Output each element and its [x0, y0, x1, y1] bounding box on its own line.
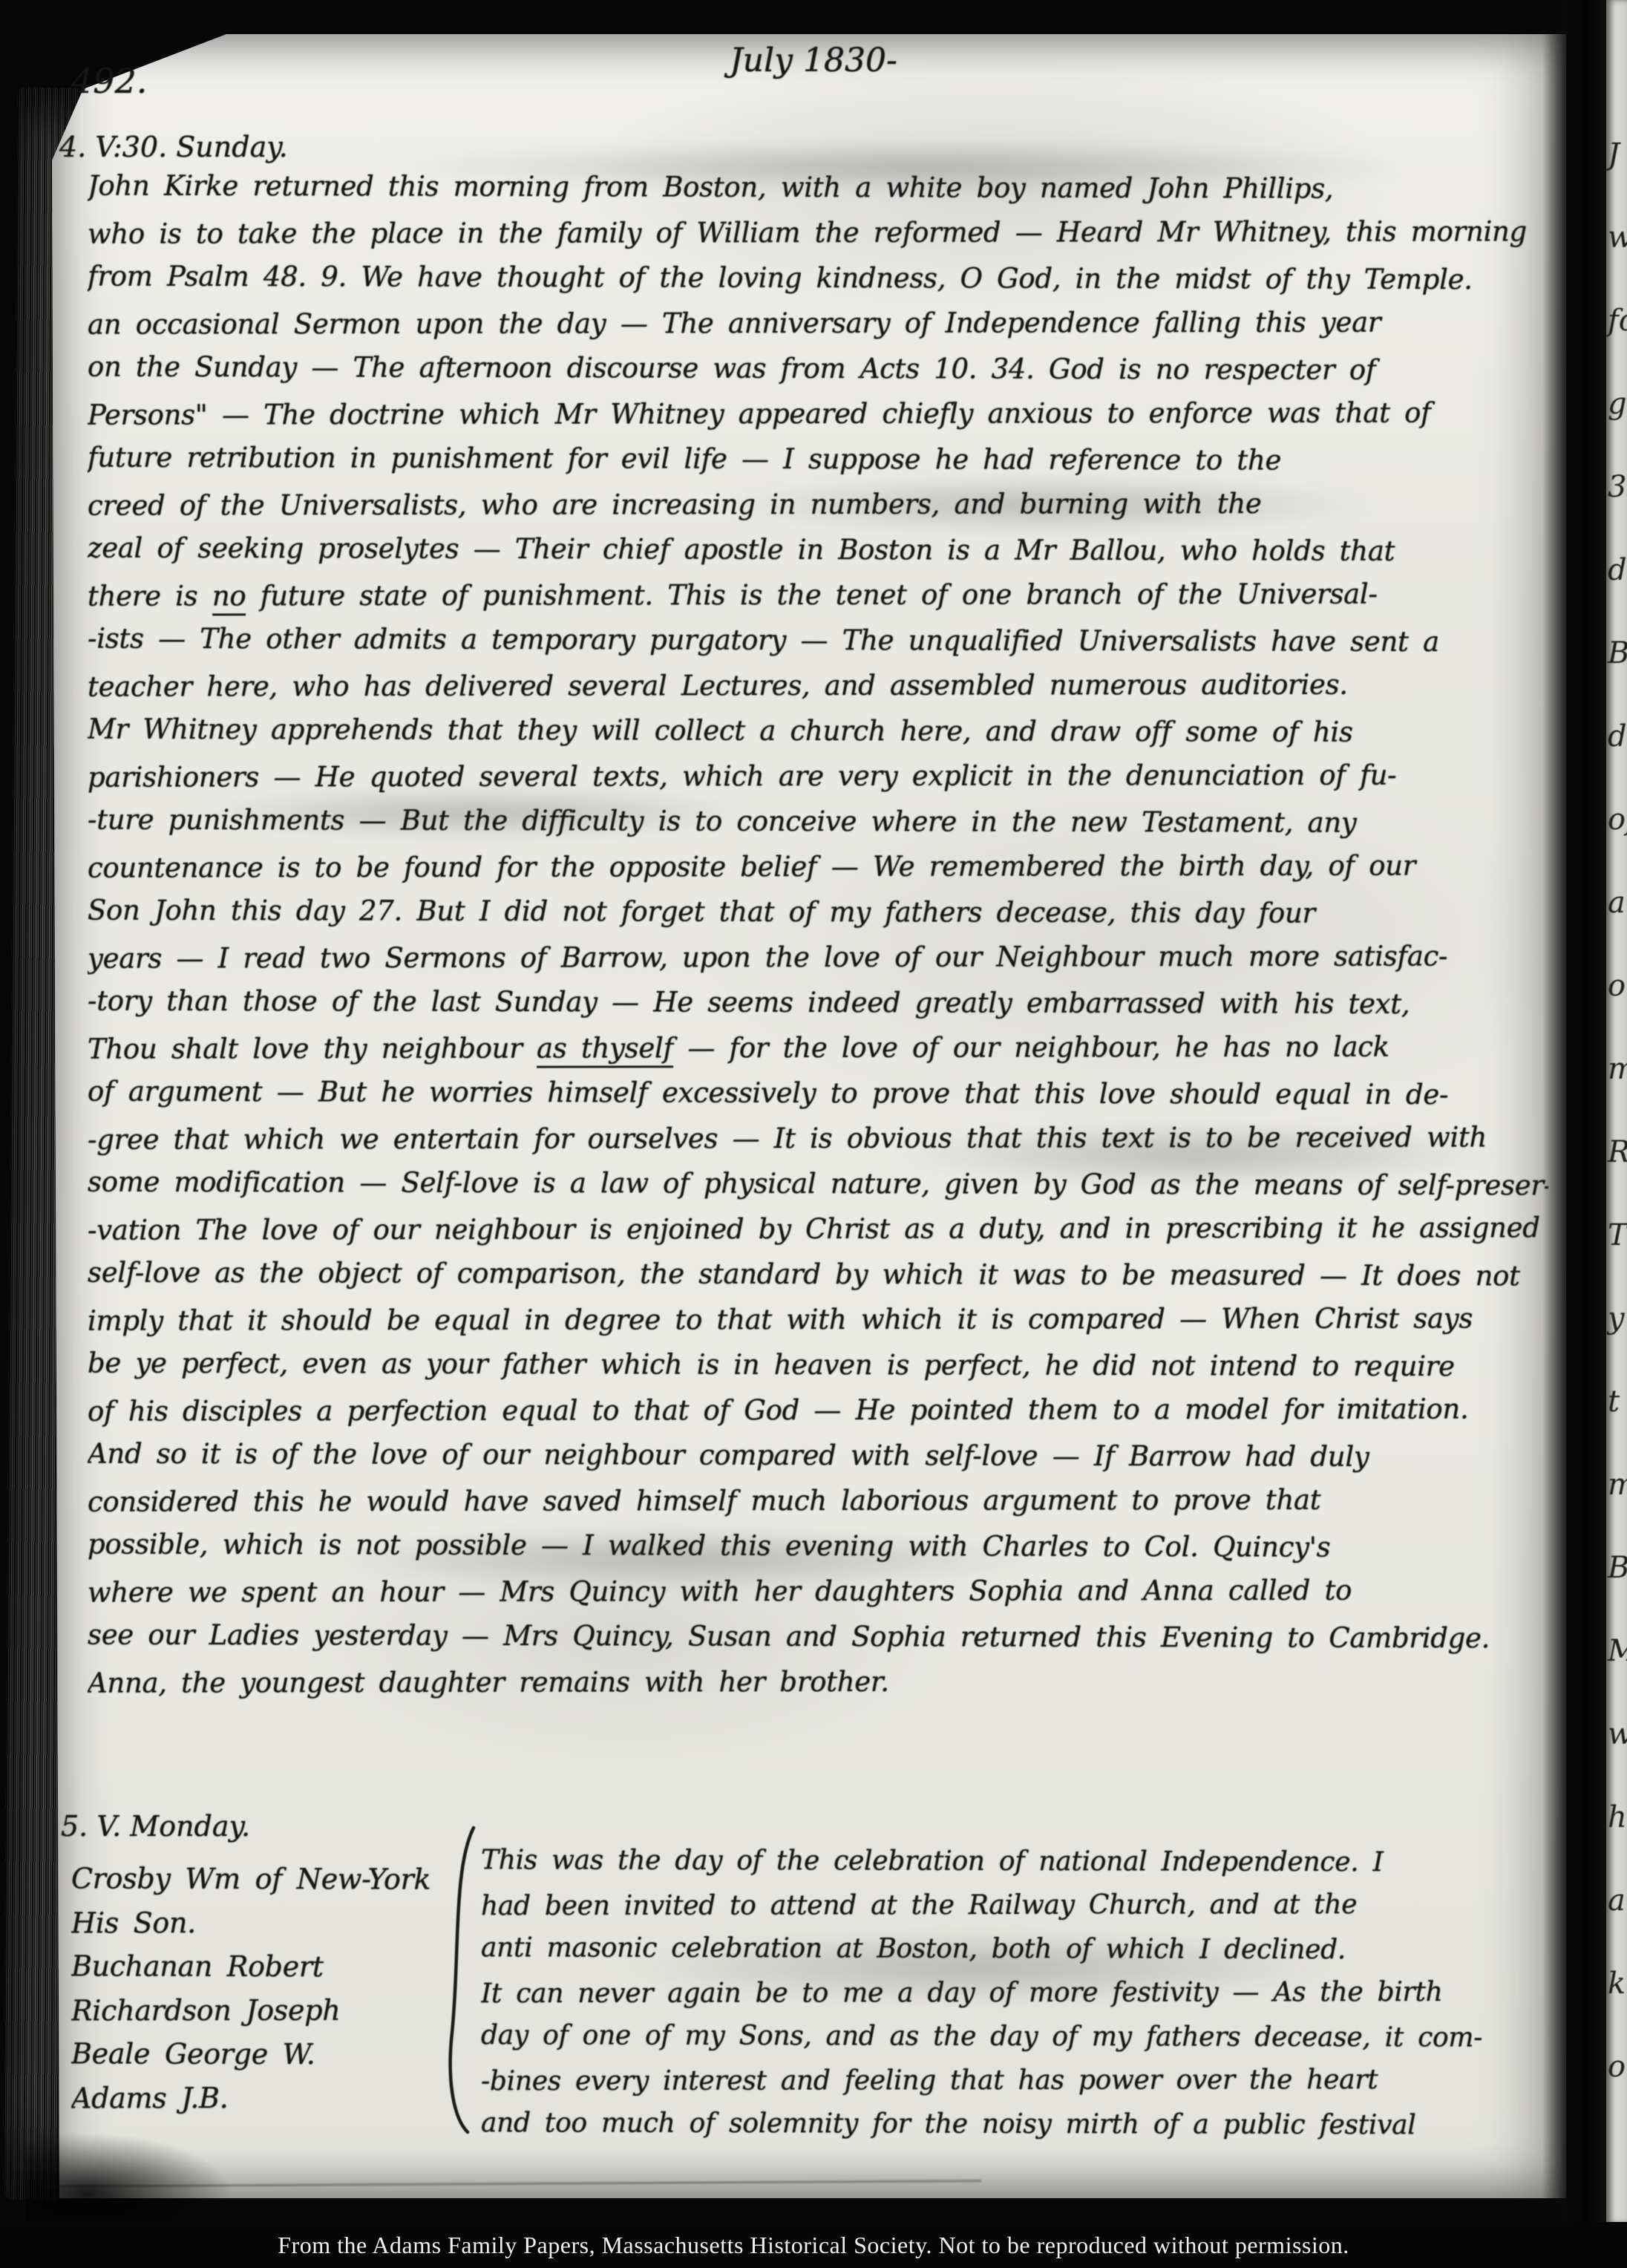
- manuscript-line: an occasional Sermon upon the day — The …: [88, 299, 1548, 347]
- manuscript-line: creed of the Universalists, who are incr…: [88, 480, 1548, 528]
- book-gutter: [1542, 0, 1608, 2223]
- facing-page-fragment: fo: [1608, 304, 1627, 338]
- manuscript-line: zeal of seeking proselytes — Their chief…: [88, 526, 1548, 575]
- facing-page-fragment: a: [1608, 1883, 1626, 1918]
- binding-shadow: [25, 2132, 233, 2221]
- manuscript-line: some modification — Self-love is a law o…: [88, 1160, 1548, 1209]
- manuscript-line: self-love as the object of comparison, t…: [88, 1250, 1548, 1299]
- manuscript-line: countenance is to be found for the oppos…: [88, 843, 1548, 890]
- entry-heading-monday: 5. V. Monday.: [61, 1810, 250, 1843]
- manuscript-line: Anna, the youngest daughter remains with…: [88, 1658, 1548, 1705]
- facing-page-fragment: w: [1608, 1717, 1627, 1751]
- facing-page-fragment: m: [1608, 1052, 1627, 1086]
- manuscript-line: Mr Whitney apprehends that they will col…: [88, 707, 1548, 756]
- manuscript-line: -gree that which we entertain for oursel…: [88, 1114, 1548, 1162]
- manuscript-line: considered this he would have saved hims…: [88, 1477, 1548, 1524]
- manuscript-line: And so it is of the love of our neighbou…: [88, 1431, 1548, 1480]
- manuscript-line: Adams J.B.: [71, 2076, 457, 2121]
- sunday-lines: John Kirke returned this morning from Bo…: [88, 165, 1548, 1705]
- manuscript-line: Thou shalt love thy neighbour as thyself…: [88, 1024, 1548, 1071]
- manuscript-line: Beale George W.: [71, 2032, 457, 2076]
- manuscript-line: Buchanan Robert: [71, 1944, 457, 1989]
- facing-page-fragment: Ri: [1608, 1135, 1627, 1169]
- manuscript-line: Persons" — The doctrine which Mr Whitney…: [88, 390, 1548, 437]
- manuscript-line: possible, which is not possible — I walk…: [88, 1522, 1548, 1571]
- manuscript-line: Richardson Joseph: [71, 1989, 457, 2033]
- facing-page-fragment: hi: [1608, 1800, 1627, 1834]
- manuscript-line: Crosby Wm of New-York: [71, 1857, 457, 1901]
- facing-page-fragment: a: [1608, 886, 1626, 920]
- manuscript-line: imply that it should be equal in degree …: [88, 1295, 1548, 1343]
- manuscript-line: -bines every interest and feeling that h…: [481, 2058, 1554, 2104]
- manuscript-line: It can never again be to me a day of mor…: [481, 1970, 1554, 2016]
- facing-page-fragment: 3s: [1608, 470, 1627, 504]
- facing-page-fragment: J: [1608, 137, 1620, 171]
- facing-page-fragment: k: [1608, 1967, 1626, 2001]
- facing-page-fragment: of: [1608, 803, 1627, 837]
- manuscript-line: anti masonic celebration at Boston, both…: [481, 1926, 1554, 1973]
- manuscript-line: had been invited to attend at the Railwa…: [481, 1883, 1554, 1929]
- facing-page-fragment: Bu: [1608, 1551, 1627, 1585]
- facing-page-sliver: Jwfogo3sdBdeofaomRiThytmBuMwhiako: [1606, 0, 1627, 2223]
- archive-caption: From the Adams Family Papers, Massachuse…: [278, 2232, 1349, 2259]
- facing-page-fragment: m: [1608, 1468, 1627, 1502]
- facing-page-fragment: o: [1608, 2050, 1626, 2084]
- manuscript-line: -tory than those of the last Sunday — He…: [88, 978, 1548, 1027]
- manuscript-line: His Son.: [71, 1901, 457, 1946]
- manuscript-line: and too much of solemnity for the noisy …: [481, 2101, 1554, 2148]
- facing-page-fragment: t: [1608, 1385, 1620, 1419]
- facing-page-fragment: M: [1608, 1634, 1627, 1668]
- manuscript-photo: 492. July 1830- 4. V:30. Sunday. John Ki…: [0, 0, 1627, 2268]
- manuscript-line: of his disciples a perfection equal to t…: [88, 1386, 1548, 1434]
- facing-page-fragment: de: [1608, 719, 1627, 754]
- manuscript-line: be ye perfect, even as your father which…: [88, 1341, 1548, 1390]
- manuscript-line: years — I read two Sermons of Barrow, up…: [88, 933, 1548, 981]
- manuscript-line: -ture punishments — But the difficulty i…: [88, 797, 1548, 846]
- manuscript-line: from Psalm 48. 9. We have thought of the…: [88, 254, 1548, 303]
- archive-caption-band: From the Adams Family Papers, Massachuse…: [0, 2222, 1627, 2268]
- visitor-name-list: Crosby Wm of New-YorkHis Son.Buchanan Ro…: [71, 1857, 457, 2120]
- monday-lines: This was the day of the celebration of n…: [481, 1840, 1554, 2146]
- manuscript-line: -ists — The other admits a temporary pur…: [88, 616, 1548, 665]
- manuscript-line: on the Sunday — The afternoon discourse …: [88, 344, 1548, 393]
- facing-page-fragment: B: [1608, 636, 1627, 670]
- entry-heading-sunday: 4. V:30. Sunday.: [59, 131, 288, 163]
- manuscript-line: where we spent an hour — Mrs Quincy with…: [88, 1567, 1548, 1615]
- manuscript-line: day of one of my Sons, and as the day of…: [481, 2013, 1554, 2060]
- manuscript-line: -vation The love of our neighbour is enj…: [88, 1205, 1548, 1252]
- manuscript-line: Son John this day 27. But I did not forg…: [88, 888, 1548, 937]
- facing-page-fragment: w: [1608, 220, 1627, 255]
- manuscript-line: parishioners — He quoted several texts, …: [88, 752, 1548, 800]
- month-header: July 1830-: [0, 42, 1627, 79]
- manuscript-line: future retribution in punishment for evi…: [88, 435, 1548, 484]
- facing-page-fragment: go: [1608, 387, 1627, 421]
- manuscript-line: teacher here, who has delivered several …: [88, 661, 1548, 709]
- manuscript-line: John Kirke returned this morning from Bo…: [88, 163, 1548, 212]
- manuscript-line: there is no future state of punishment. …: [88, 571, 1548, 618]
- facing-page-fragment: y: [1608, 1301, 1625, 1336]
- manuscript-line: see our Ladies yesterday — Mrs Quincy, S…: [88, 1612, 1548, 1661]
- manuscript-line: who is to take the place in the family o…: [88, 209, 1548, 256]
- facing-page-fragment: Th: [1608, 1218, 1627, 1252]
- facing-page-fragment: o: [1608, 969, 1626, 1003]
- margin-brace: [442, 1825, 481, 2135]
- manuscript-line: of argument — But he worries himself exc…: [88, 1069, 1548, 1118]
- facing-page-fragment: d: [1608, 553, 1627, 587]
- manuscript-line: This was the day of the celebration of n…: [481, 1838, 1554, 1885]
